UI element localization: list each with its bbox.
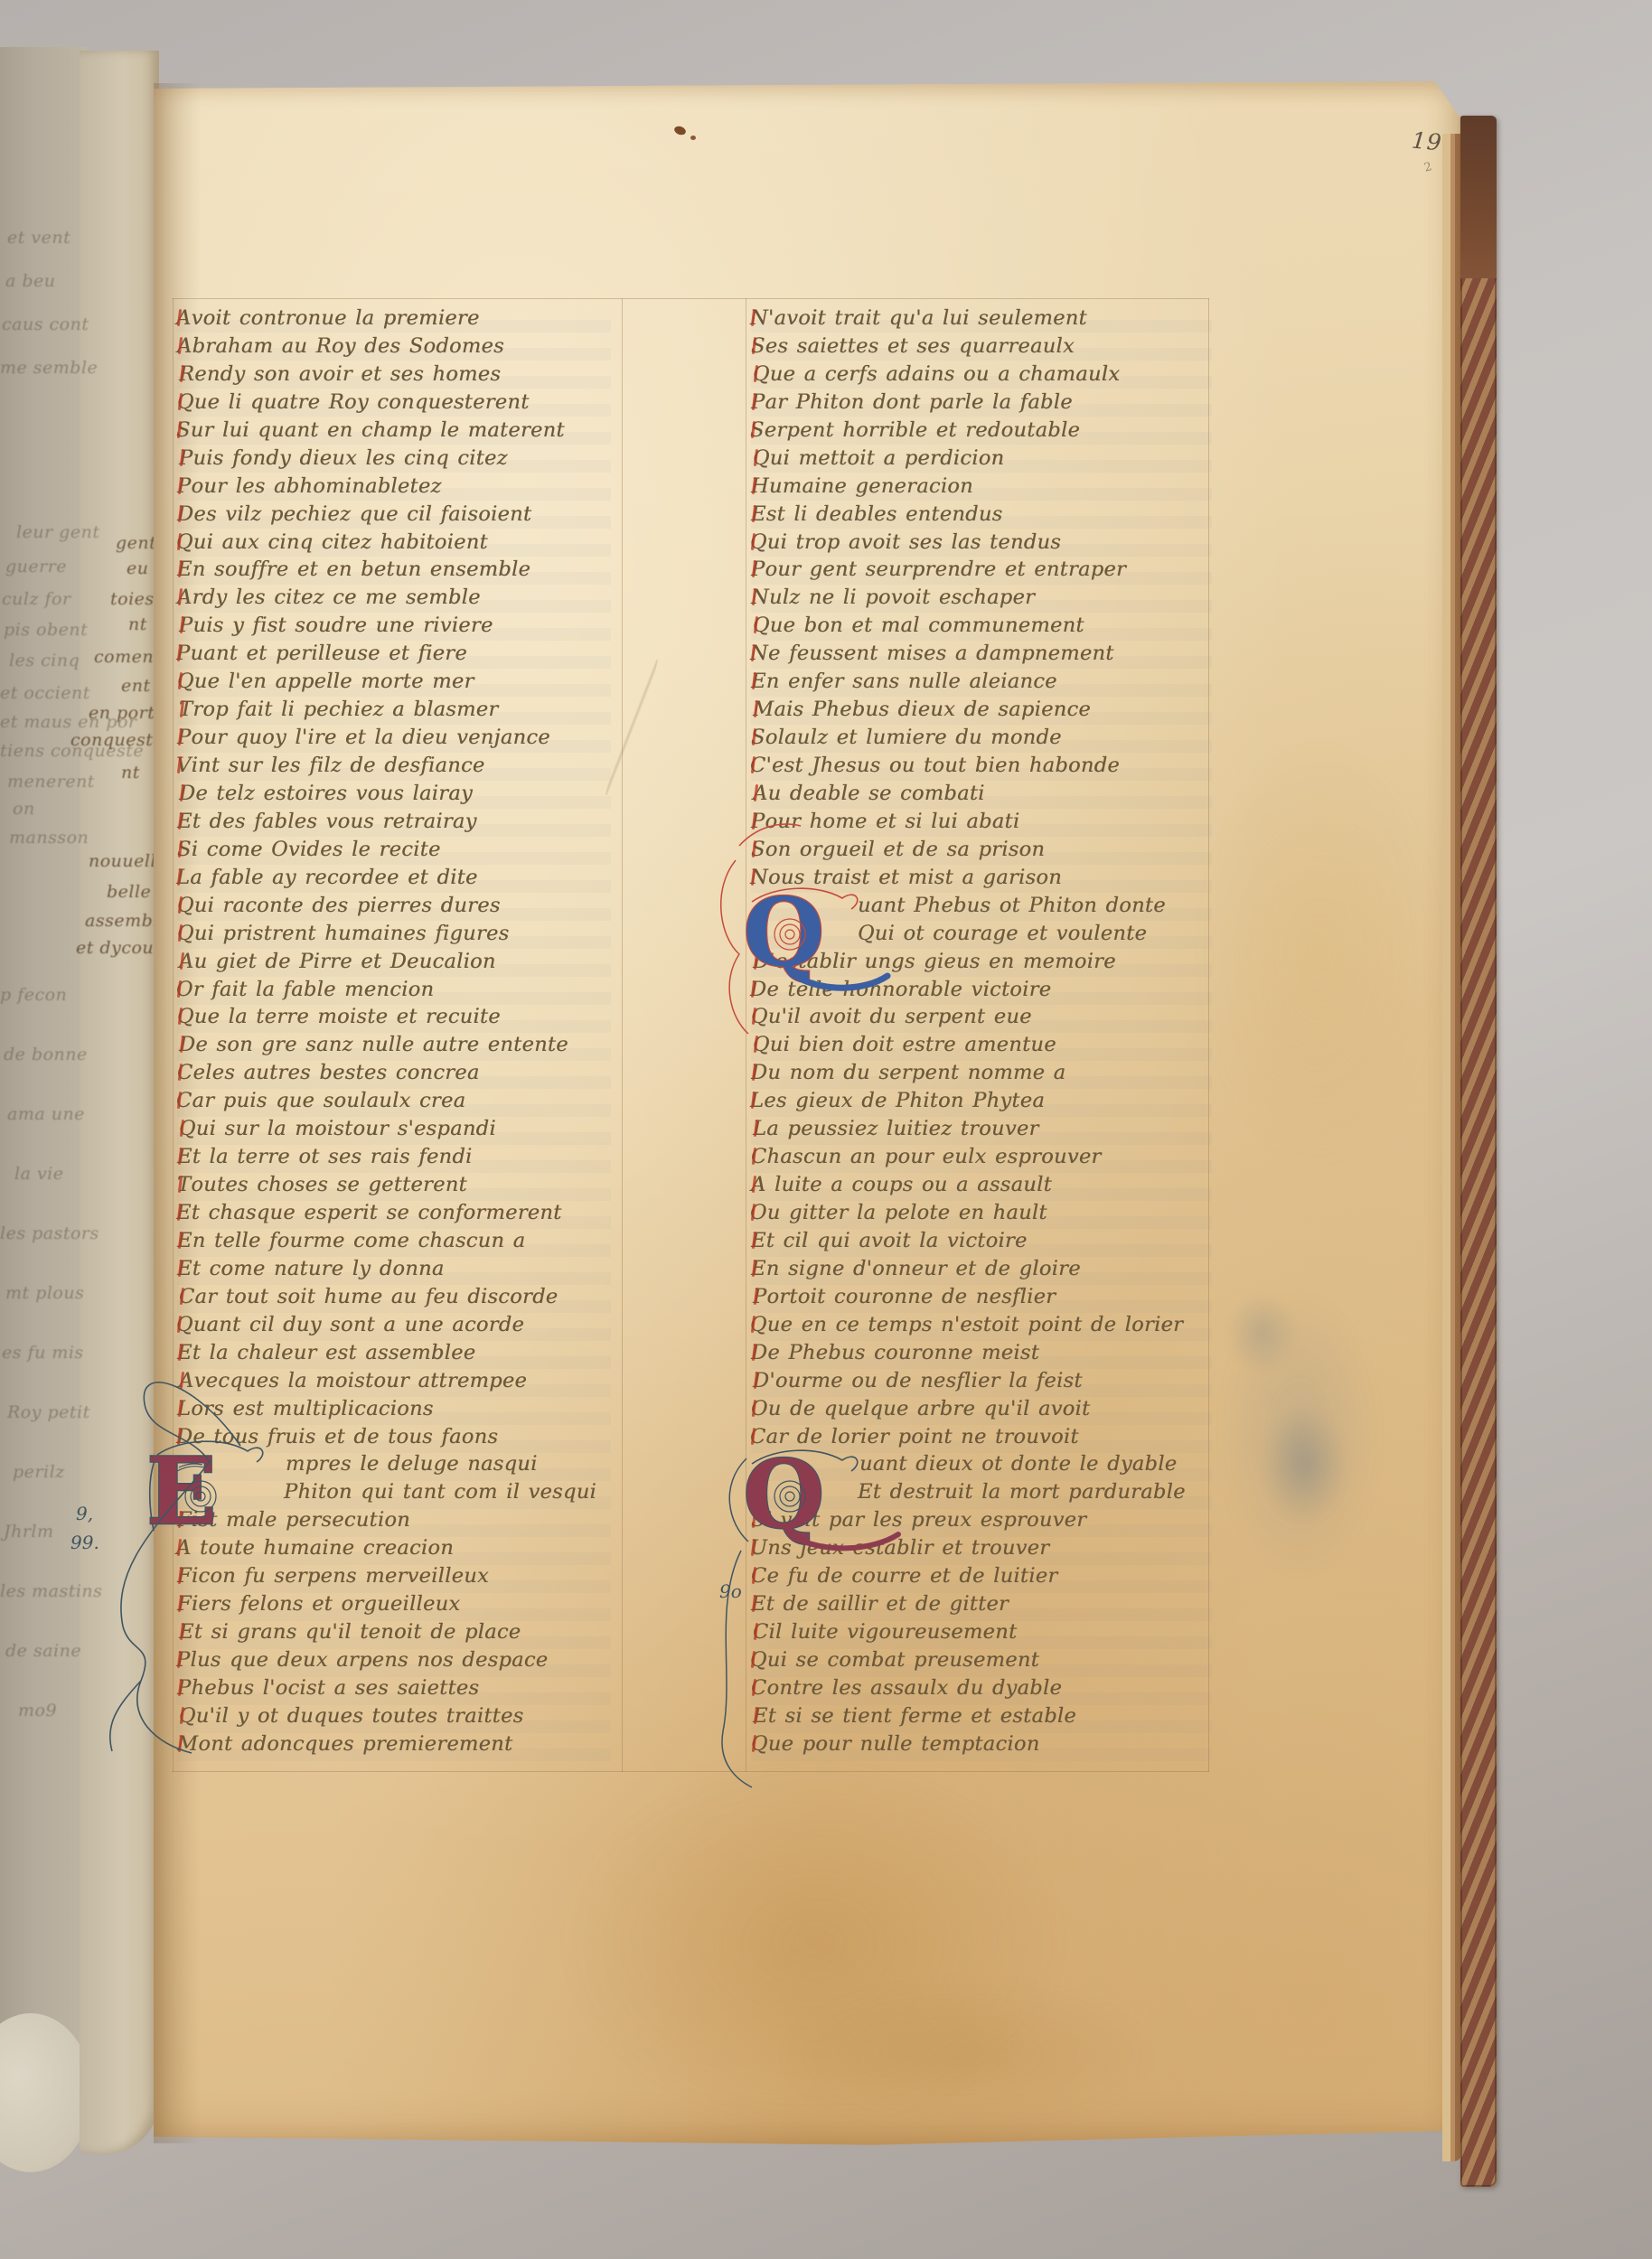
verse-line: Humaine generacion: [751, 473, 1212, 501]
verse-line: Par Phiton dont parle la fable: [751, 389, 1212, 417]
svg-text:99.: 99.: [70, 1532, 99, 1553]
showthrough-fragment: guerre: [5, 557, 67, 576]
verse-line: Est li deables entendus: [751, 501, 1212, 529]
red-touched-initial: P: [177, 473, 191, 501]
verse-line: Et cil qui avoit la victoire: [751, 1227, 1212, 1255]
red-touched-initial: E: [751, 1255, 766, 1283]
showthrough-fragment: eu: [127, 558, 148, 578]
gutter-flourish-red: [692, 810, 882, 1045]
verse-line: Qui sur la moistour s'espandi: [179, 1115, 613, 1143]
red-touched-initial: P: [177, 724, 191, 752]
ink-showthrough-blot: [1225, 1292, 1298, 1373]
verse-line: Que li quatre Roy conquesterent: [177, 389, 611, 417]
red-touched-initial: D: [177, 501, 193, 529]
ruling-line-intercolumn: [622, 298, 623, 1772]
red-touched-initial: V: [176, 752, 192, 780]
verse-line: Car tout soit hume au feu discorde: [179, 1283, 613, 1311]
showthrough-fragment: les pastors: [0, 1223, 99, 1243]
svg-text:9,: 9,: [76, 1503, 93, 1524]
verse-line: Si come Ovides le recite: [177, 836, 611, 864]
red-touched-initial: D: [751, 1059, 767, 1087]
red-touched-initial: Q: [177, 668, 194, 696]
red-touched-initial: A: [177, 333, 192, 361]
verse-line: Pour gent seurprendre et entraper: [751, 556, 1212, 584]
verse-line: Solaulz et lumiere du monde: [751, 724, 1212, 752]
red-touched-initial: A: [751, 1171, 766, 1199]
red-touched-initial: E: [751, 668, 766, 696]
verse-line: Sur lui quant en champ le materent: [176, 417, 610, 445]
red-touched-initial: C: [750, 752, 766, 780]
red-touched-initial: C: [179, 1283, 195, 1311]
verse-line: Les gieux de Phiton Phytea: [750, 1087, 1211, 1115]
verse-line: De telz estoires vous lairay: [179, 780, 613, 808]
verse-line: En signe d'onneur et de gloire: [751, 1255, 1212, 1283]
red-touched-initial: P: [751, 556, 765, 584]
verse-line: De son gre sanz nulle autre entente: [179, 1031, 613, 1059]
verse-line: Serpent horrible et redoutable: [750, 417, 1211, 445]
red-touched-initial: O: [176, 976, 193, 1004]
verse-line: Celes autres bestes concrea: [177, 1059, 611, 1087]
verse-line: Qui raconte des pierres dures: [177, 892, 611, 920]
showthrough-fragment: leur gent: [16, 522, 99, 542]
verse-line: Portoit couronne de nesflier: [753, 1283, 1214, 1311]
red-touched-initial: P: [179, 445, 192, 473]
red-touched-initial: Q: [177, 1003, 194, 1031]
verse-line: Que en ce temps n'estoit point de lorier: [750, 1311, 1211, 1339]
red-touched-initial: E: [751, 501, 766, 529]
red-touched-initial: C: [177, 1059, 193, 1087]
verse-line: La peussiez luitiez trouver: [753, 1115, 1214, 1143]
showthrough-fragment: ama une: [7, 1104, 85, 1124]
verse-line: Et chasque esperit se conformerent: [176, 1199, 610, 1227]
showthrough-fragment: belle: [107, 882, 151, 902]
showthrough-fragment: nt: [128, 614, 147, 634]
verse-line: Car puis que soulaulx crea: [176, 1087, 610, 1115]
verse-line: Ses saiettes et ses quarreaulx: [751, 333, 1212, 361]
verse-line: Et come nature ly donna: [177, 1255, 611, 1283]
red-touched-initial: S: [177, 836, 192, 864]
showthrough-fragment: coment: [94, 647, 161, 667]
verse-line: Que la terre moiste et recuite: [177, 1003, 611, 1031]
red-touched-initial: A: [176, 305, 192, 333]
red-touched-initial: Q: [753, 361, 770, 389]
verse-line: Qui trop avoit ses las tendus: [750, 529, 1211, 557]
gutter-flourish-blue: 9o: [696, 1406, 831, 1795]
red-touched-initial: P: [751, 389, 765, 417]
verse-line: Abraham au Roy des Sodomes: [177, 333, 611, 361]
showthrough-fragment: pis obent: [4, 620, 88, 640]
red-touched-initial: N: [751, 584, 769, 612]
red-touched-initial: Q: [179, 1115, 196, 1143]
red-touched-initial: T: [179, 696, 192, 724]
showthrough-fragment: et occient: [0, 683, 90, 703]
showthrough-fragment: nt: [121, 763, 140, 783]
red-touched-initial: E: [177, 1143, 192, 1171]
red-touched-initial: D: [753, 1367, 769, 1395]
verse-line: La fable ay recordee et dite: [176, 864, 610, 892]
showthrough-fragment: mo9: [18, 1701, 57, 1720]
verse-line: Qui pristrent humaines figures: [177, 920, 611, 948]
verse-line: Toutes choses se getterent: [177, 1171, 611, 1199]
red-touched-initial: E: [176, 1199, 192, 1227]
ink-spot: [690, 136, 696, 140]
verse-line: Avoit contronue la premiere: [176, 305, 610, 333]
red-touched-initial: E: [751, 1227, 766, 1255]
red-touched-initial: L: [750, 1087, 764, 1115]
folio-number: 19: [1411, 127, 1443, 156]
verse-line: C'est Jhesus ou tout bien habonde: [750, 752, 1211, 780]
red-touched-initial: T: [177, 1171, 191, 1199]
red-touched-initial: L: [753, 1115, 766, 1143]
showthrough-fragment: a beu: [5, 271, 56, 291]
showthrough-fragment: les cinq: [9, 651, 80, 670]
showthrough-fragment: de bonne: [4, 1045, 88, 1064]
red-touched-initial: Q: [753, 612, 770, 640]
verse-line: Qui mettoit a perdicion: [753, 445, 1214, 473]
red-touched-initial: Q: [177, 389, 194, 417]
verse-line: Et des fables vous retrairay: [177, 808, 611, 836]
verse-line: Puis y fist soudre une riviere: [179, 612, 613, 640]
verse-line: En souffre et en betun ensemble: [177, 556, 611, 584]
red-touched-initial: D: [179, 1031, 195, 1059]
red-touched-initial: H: [751, 473, 769, 501]
red-touched-initial: Q: [177, 892, 194, 920]
red-touched-initial: L: [176, 864, 190, 892]
showthrough-fragment: gent: [116, 533, 156, 553]
verse-line: En telle fourme come chascun a: [177, 1227, 611, 1255]
red-touched-initial: E: [177, 808, 192, 836]
verse-line: Nulz ne li povoit eschaper: [751, 584, 1212, 612]
verse-line: Ou gitter la pelote en hault: [750, 1199, 1211, 1227]
showthrough-fragment: me semble: [0, 358, 98, 378]
verse-line: Au deable se combati: [753, 780, 1214, 808]
verse-line: Mais Phebus dieux de sapience: [753, 696, 1214, 724]
showthrough-fragment: et vent: [7, 228, 70, 248]
red-touched-initial: O: [750, 1199, 767, 1227]
red-touched-initial: S: [751, 333, 765, 361]
svg-text:9o: 9o: [719, 1580, 742, 1602]
verse-line: Et la terre ot ses rais fendi: [177, 1143, 611, 1171]
verse-line: Des vilz pechiez que cil faisoient: [177, 501, 611, 529]
showthrough-fragment: Jhrlm: [4, 1522, 54, 1542]
red-touched-initial: S: [751, 724, 765, 752]
red-touched-initial: P: [753, 1283, 766, 1311]
showthrough-fragment: on: [13, 799, 35, 819]
red-touched-initial: A: [753, 780, 768, 808]
showthrough-fragment: mansson: [9, 828, 89, 848]
manuscript-photo: et venta beucaus contme sembleleur gentg…: [0, 0, 1652, 2259]
red-touched-initial: D: [751, 1339, 767, 1367]
red-touched-initial: C: [176, 1087, 192, 1115]
showthrough-fragment: mt plous: [5, 1283, 84, 1303]
verse-line: Que bon et mal communement: [753, 612, 1214, 640]
red-touched-initial: M: [753, 696, 774, 724]
showthrough-fragment: caus cont: [2, 314, 89, 334]
red-touched-initial: E: [177, 1227, 192, 1255]
verse-line: Pour les abhominabletez: [177, 473, 611, 501]
verse-line: Rendy son avoir et ses homes: [179, 361, 613, 389]
stain: [1202, 741, 1437, 1166]
red-touched-initial: Q: [750, 1311, 767, 1339]
verse-line: Du nom du serpent nomme a: [751, 1059, 1212, 1087]
showthrough-fragment: la vie: [14, 1164, 64, 1184]
red-touched-initial: N: [750, 640, 768, 668]
showthrough-fragment: culz for: [2, 589, 71, 609]
showthrough-fragment: ent: [121, 676, 151, 696]
verse-line: Or fait la fable mencion: [176, 976, 610, 1004]
showthrough-fragment: toies: [110, 589, 155, 609]
red-touched-initial: N: [750, 305, 768, 333]
verse-line: Puis fondy dieux les cinq citez: [179, 445, 613, 473]
red-touched-initial: S: [750, 417, 765, 445]
verse-line: Vint sur les filz de desfiance: [176, 752, 610, 780]
verse-line: Chascun an pour eulx esprouver: [751, 1143, 1212, 1171]
red-touched-initial: C: [751, 1143, 767, 1171]
verse-line: Ne feussent mises a dampnement: [750, 640, 1211, 668]
red-touched-initial: Q: [753, 445, 770, 473]
red-touched-initial: A: [177, 584, 192, 612]
verse-line: Puant et perilleuse et fiere: [176, 640, 610, 668]
verse-line: En enfer sans nulle aleiance: [751, 668, 1212, 696]
ink-showthrough-blot: [1262, 1406, 1348, 1523]
red-touched-initial: P: [176, 640, 190, 668]
stain: [777, 1979, 1157, 2132]
red-touched-initial: Q: [750, 529, 767, 557]
red-touched-initial: A: [179, 948, 194, 976]
red-touched-initial: R: [179, 361, 194, 389]
verse-line: Que l'en appelle morte mer: [177, 668, 611, 696]
red-touched-initial: E: [177, 556, 192, 584]
red-touched-initial: Q: [177, 920, 194, 948]
red-touched-initial: P: [179, 612, 192, 640]
ruling-line-bottom: [172, 1771, 1209, 1772]
verse-line: Au giet de Pirre et Deucalion: [179, 948, 613, 976]
verse-line: Que a cerfs adains ou a chamaulx: [753, 361, 1214, 389]
binding-spine-top: [1460, 116, 1497, 278]
red-touched-initial: E: [177, 1255, 192, 1283]
verse-line: D'ourme ou de nesflier la feist: [753, 1367, 1214, 1395]
red-touched-initial: Q: [176, 529, 193, 557]
fore-edge-leaves: [1442, 134, 1462, 2161]
verse-line: Trop fait li pechiez a blasmer: [179, 696, 613, 724]
red-touched-initial: S: [176, 417, 191, 445]
ruling-line-top: [172, 298, 1209, 299]
verse-line: De Phebus couronne meist: [751, 1339, 1212, 1367]
binding-board: [1460, 116, 1497, 2187]
verse-line: A luite a coups ou a assault: [751, 1171, 1212, 1199]
verse-line: Qui aux cinq citez habitoient: [176, 529, 610, 557]
showthrough-fragment: p fecon: [0, 985, 67, 1005]
showthrough-text-fragments: et venta beucaus contme sembleleur gentg…: [0, 0, 172, 2259]
red-touched-initial: D: [179, 780, 195, 808]
verse-line: Pour quoy l'ire et la dieu venjance: [177, 724, 611, 752]
verse-line: Ardy les citez ce me semble: [177, 584, 611, 612]
verse-line: N'avoit trait qu'a lui seulement: [750, 305, 1211, 333]
margin-flourish-left: 9, 99.: [54, 1326, 289, 1778]
showthrough-fragment: menerent: [7, 772, 95, 792]
